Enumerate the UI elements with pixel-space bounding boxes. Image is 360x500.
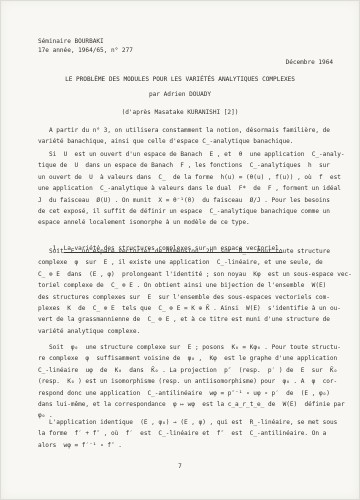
page-number: 7 bbox=[0, 461, 360, 472]
text-line: variété banachique, ainsi que celle d'es… bbox=[38, 136, 334, 147]
text-line: tique de U dans un espace de Banach F , … bbox=[38, 160, 334, 171]
seminar-name: Séminaire BOURBAKI bbox=[38, 38, 133, 47]
document-page: Séminaire BOURBAKI 17e année, 1964/65, n… bbox=[0, 0, 360, 500]
author-line: par Adrien DOUADY bbox=[0, 89, 360, 100]
text-line: des structures complexes sur E sur l'ens… bbox=[38, 292, 334, 303]
seminar-issue: 17e année, 1964/65, n° 277 bbox=[38, 47, 133, 56]
text-line: J du faisceau Ø(U) . On munit X = θ⁻¹(0)… bbox=[38, 195, 334, 206]
text-line: Si U est un ouvert d'un espace de Banach… bbox=[38, 149, 334, 160]
text-line: L'application identique (E , φ₀) → (E , … bbox=[38, 417, 334, 428]
text-line: C̲ ⊗ E dans (E , φ) prolongeant l'identi… bbox=[38, 269, 334, 280]
paragraph-banach-model: Si U est un ouvert d'un espace de Banach… bbox=[38, 149, 334, 229]
paragraph-intro: A partir du n° 3, on utilisera constamme… bbox=[38, 125, 334, 148]
text-line: dans lui-même, et la correspondance φ ↦ … bbox=[38, 399, 334, 410]
text-line: re complexe φ suffisamment voisine de φ₀… bbox=[38, 353, 334, 364]
text-line: alors wφ = f′⁻¹ ∘ f″ . bbox=[38, 440, 334, 451]
text-line: vert de la grassmannienne de C̲ ⊗ E , et… bbox=[38, 314, 334, 325]
text-line: un ouvert de U à valeurs dans C̲ de la f… bbox=[38, 172, 334, 183]
text-line: de cet exposé, il suffit de définir un e… bbox=[38, 206, 334, 217]
text-line: Soit φ₀ une structure complexe sur E ; p… bbox=[38, 342, 334, 353]
document-title: LE PROBLÈME DES MODULES POUR LES VARIÉTÉ… bbox=[0, 74, 360, 85]
text-line: espace annelé localement isomorphe à un … bbox=[38, 217, 334, 228]
date-line: Décembre 1964 bbox=[286, 58, 333, 69]
text-line: complexe φ sur E , il existe une applica… bbox=[38, 257, 334, 268]
reference-line: (d'après Masatake KURANISHI [2]) bbox=[0, 107, 360, 118]
text-line: plexes K de C̲ ⊗ E tels que C̲ ⊗ E = K ⊕… bbox=[38, 303, 334, 314]
text-line: C̲-linéaire uφ de K₀ dans K̄₀ . La proje… bbox=[38, 365, 334, 376]
text-line: une application C̲-analytique à valeurs … bbox=[38, 183, 334, 194]
text-line: la forme f′ + f″ , où f′ est C̲-linéaire… bbox=[38, 428, 334, 439]
paragraph-identity-map: L'application identique (E , φ₀) → (E , … bbox=[38, 417, 334, 451]
text-line: (resp. K₀ ) est un isomorphisme (resp. u… bbox=[38, 376, 334, 387]
text-line: respond donc une application C̲-antiliné… bbox=[38, 388, 334, 399]
text-line: variété analytique complexe. bbox=[38, 326, 334, 337]
paragraph-chart-construction: Soit φ₀ une structure complexe sur E ; p… bbox=[38, 342, 334, 422]
text-line: Soit E un espace vectoriel de dimension … bbox=[38, 246, 334, 257]
text-line: A partir du n° 3, on utilisera constamme… bbox=[38, 125, 334, 136]
header: Séminaire BOURBAKI 17e année, 1964/65, n… bbox=[38, 38, 133, 55]
text-line: toriel complexe de C̲ ⊗ E . On obtient a… bbox=[38, 280, 334, 291]
paragraph-complex-structures: Soit E un espace vectoriel de dimension … bbox=[38, 246, 334, 337]
